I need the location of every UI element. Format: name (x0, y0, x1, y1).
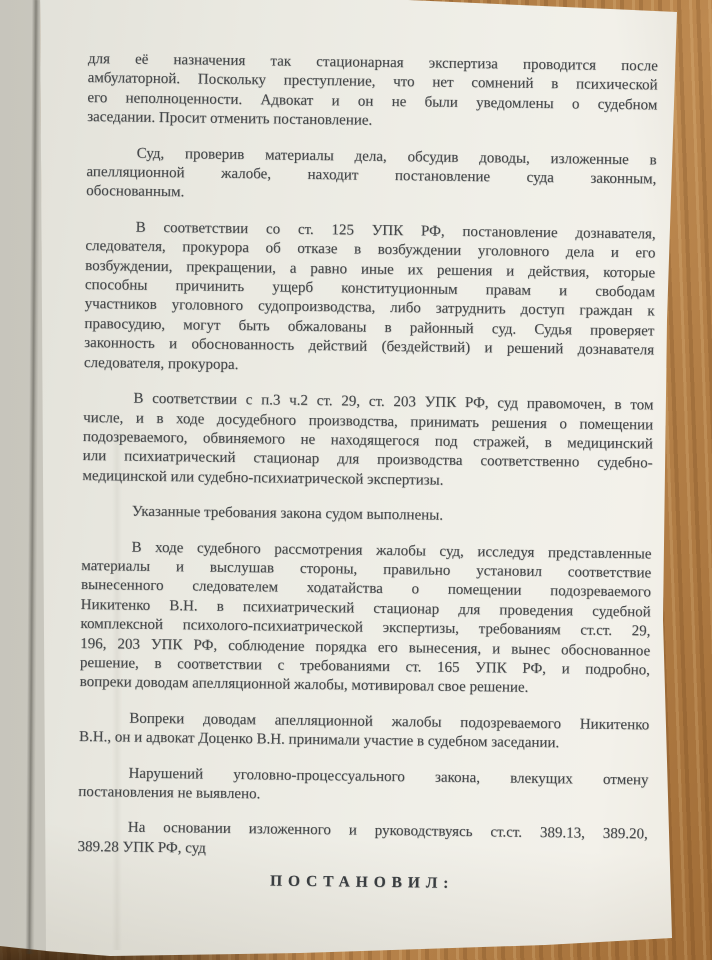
paragraph: На основании изложенного и руководствуяс… (77, 818, 647, 864)
document-text: для её назначения так стационарная экспе… (77, 50, 658, 896)
document-page: для её назначения так стационарная экспе… (0, 0, 712, 960)
paragraph: Нарушений уголовно-процессуального закон… (78, 764, 648, 810)
paragraph: для её назначения так стационарная экспе… (87, 50, 658, 135)
resolution-heading: ПОСТАНОВИЛ: (77, 869, 647, 896)
paragraph: В соответствии со ст. 125 УПК РФ, постан… (84, 218, 656, 381)
document-paragraphs: для её назначения так стационарная экспе… (77, 50, 658, 865)
paragraph: Суд, проверив материалы дела, обсудив до… (86, 144, 657, 210)
paragraph: В соответствии с п.3 ч.2 ст. 29, ст. 203… (82, 389, 653, 493)
paragraph: Указанные требования закона судом выполн… (82, 502, 652, 529)
paragraph: Вопреки доводам апелляционной жалобы под… (79, 709, 649, 755)
text-line: Указанные требования закона судом выполн… (82, 502, 652, 529)
paragraph: В ходе судебного рассмотрения жалобы суд… (80, 537, 652, 700)
